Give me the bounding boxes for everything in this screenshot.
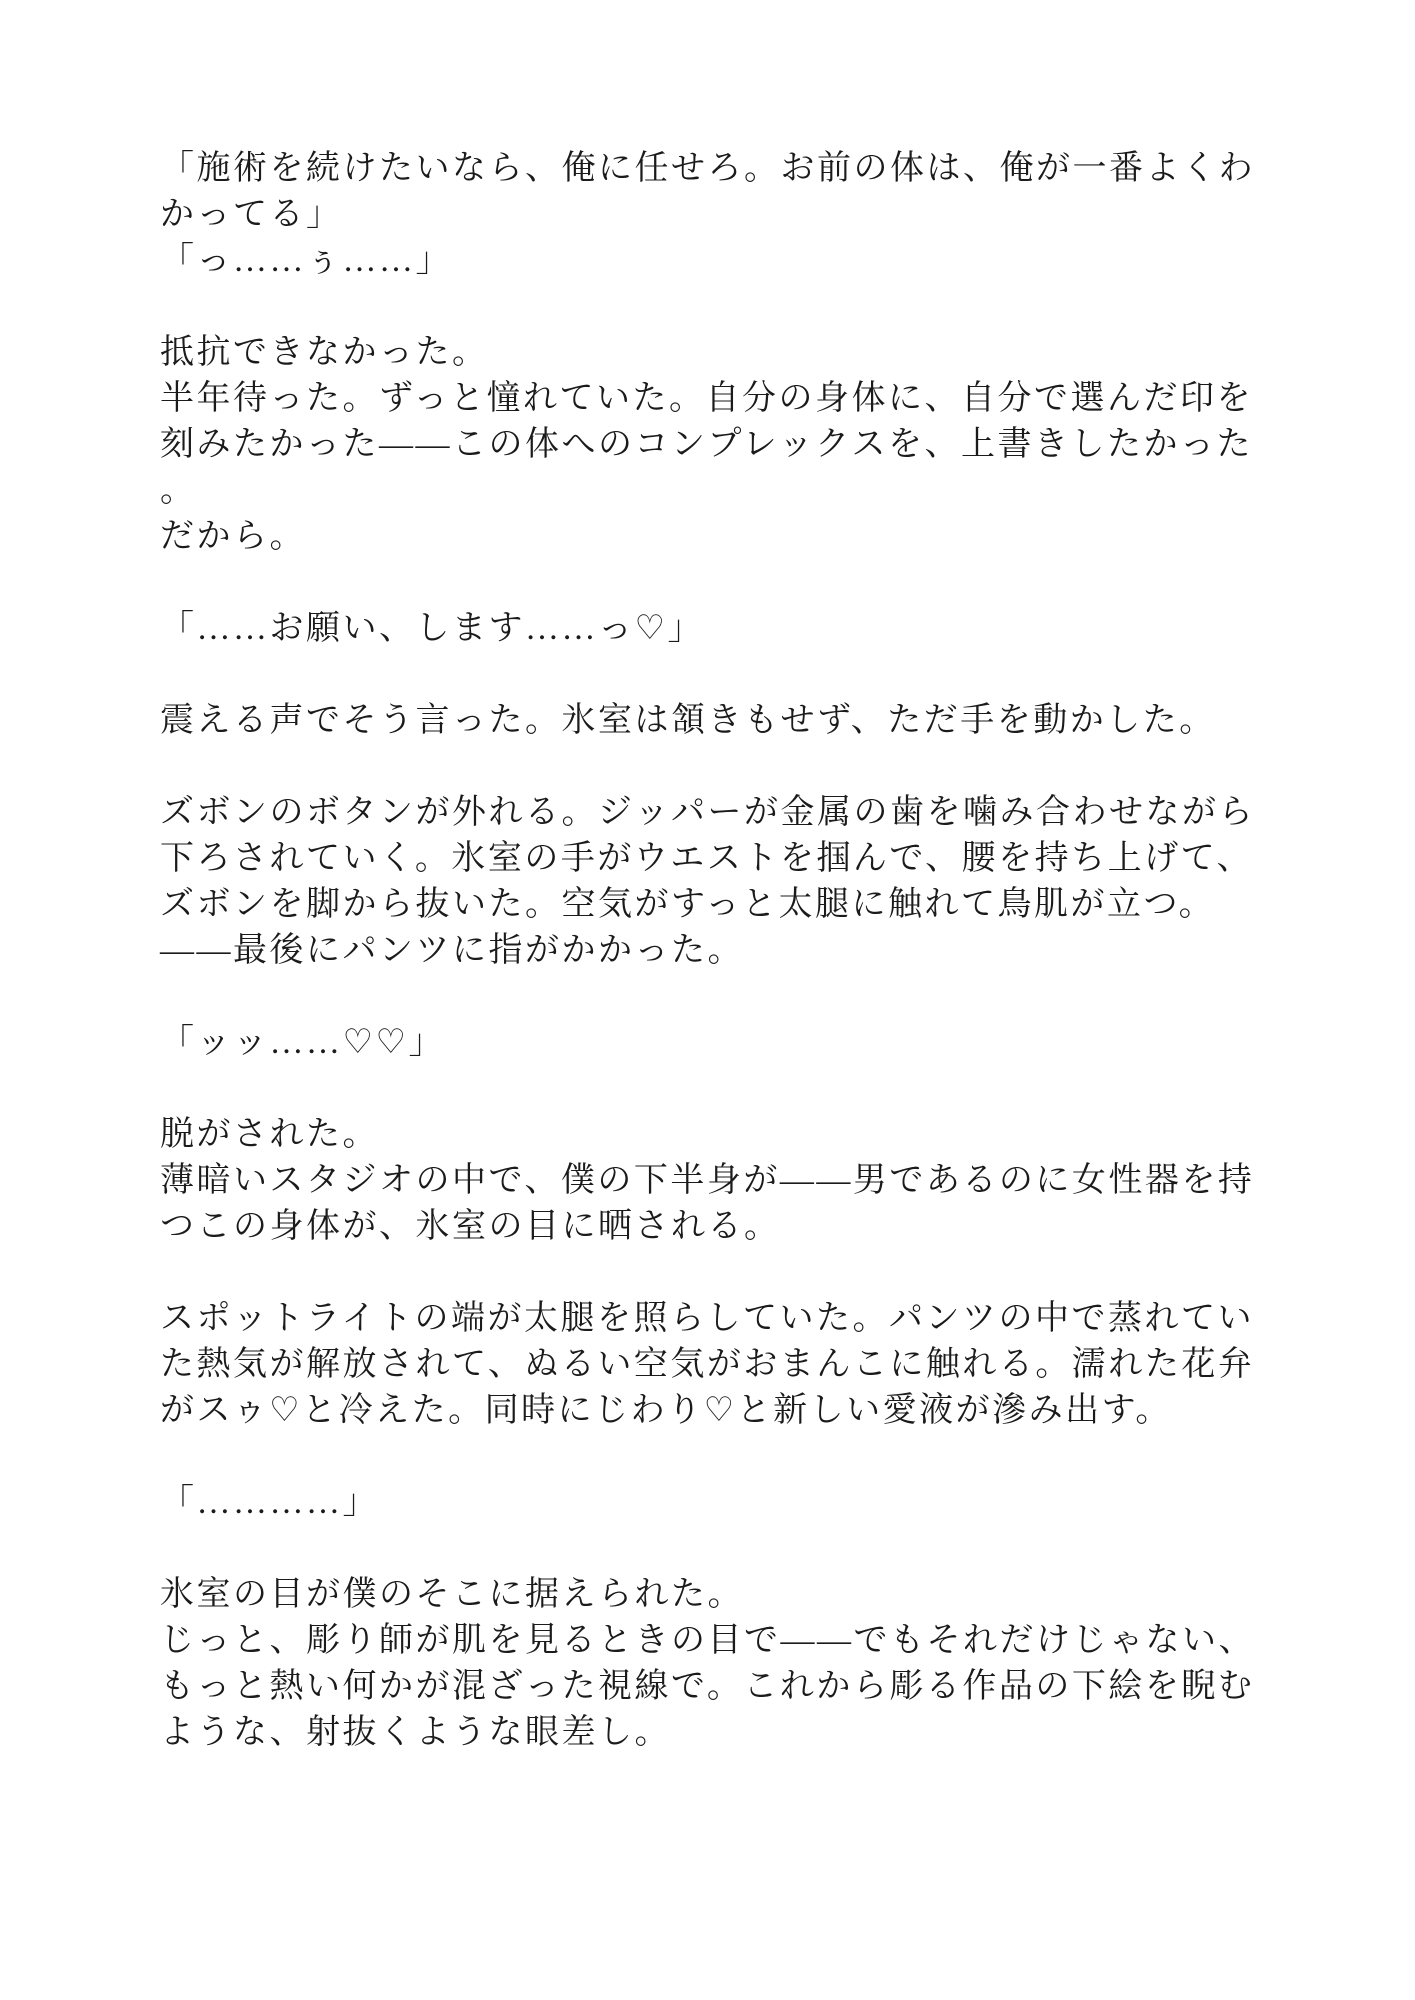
text-line: 「……お願い、します……っ♡」: [160, 606, 1270, 652]
text-line: 「っ……ぅ……」: [160, 238, 1270, 284]
paragraph: 脱がされた。 薄暗いスタジオの中で、僕の下半身が——男であるのに女性器を持 つこ…: [160, 1112, 1270, 1250]
text-line: 抵抗できなかった。: [160, 330, 1270, 376]
text-line: もっと熱い何かが混ざった視線で。これから彫る作品の下絵を睨む: [160, 1664, 1270, 1710]
text-line: 下ろされていく。氷室の手がウエストを掴んで、腰を持ち上げて、: [160, 836, 1270, 882]
paragraph: スポットライトの端が太腿を照らしていた。パンツの中で蒸れてい た熱気が解放されて…: [160, 1296, 1270, 1434]
paragraph: 抵抗できなかった。 半年待った。ずっと憧れていた。自分の身体に、自分で選んだ印を…: [160, 330, 1270, 560]
text-line: ズボンを脚から抜いた。空気がすっと太腿に触れて鳥肌が立つ。: [160, 882, 1270, 928]
text-line: 。: [160, 468, 1270, 514]
text-line: ズボンのボタンが外れる。ジッパーが金属の歯を噛み合わせながら: [160, 790, 1270, 836]
story-text: 「施術を続けたいなら、俺に任せろ。お前の体は、俺が一番よくわ かってる」 「っ……: [160, 146, 1270, 1756]
text-line: 「ッッ……♡♡」: [160, 1020, 1270, 1066]
text-line: 脱がされた。: [160, 1112, 1270, 1158]
text-line: じっと、彫り師が肌を見るときの目で——でもそれだけじゃない、: [160, 1618, 1270, 1664]
paragraph: 「……お願い、します……っ♡」: [160, 606, 1270, 652]
text-line: た熱気が解放されて、ぬるい空気がおまんこに触れる。濡れた花弁: [160, 1342, 1270, 1388]
text-line: ——最後にパンツに指がかかった。: [160, 928, 1270, 974]
paragraph: 震える声でそう言った。氷室は頷きもせず、ただ手を動かした。: [160, 698, 1270, 744]
paragraph: 「施術を続けたいなら、俺に任せろ。お前の体は、俺が一番よくわ かってる」 「っ……: [160, 146, 1270, 284]
text-line: 「施術を続けたいなら、俺に任せろ。お前の体は、俺が一番よくわ: [160, 146, 1270, 192]
text-line: がスゥ♡と冷えた。同時にじわり♡と新しい愛液が滲み出す。: [160, 1388, 1270, 1434]
text-line: 刻みたかった——この体へのコンプレックスを、上書きしたかった: [160, 422, 1270, 468]
text-line: スポットライトの端が太腿を照らしていた。パンツの中で蒸れてい: [160, 1296, 1270, 1342]
text-line: つこの身体が、氷室の目に晒される。: [160, 1204, 1270, 1250]
text-line: かってる」: [160, 192, 1270, 238]
text-line: 震える声でそう言った。氷室は頷きもせず、ただ手を動かした。: [160, 698, 1270, 744]
paragraph: 「…………」: [160, 1480, 1270, 1526]
paragraph: 「ッッ……♡♡」: [160, 1020, 1270, 1066]
text-line: 「…………」: [160, 1480, 1270, 1526]
text-line: 半年待った。ずっと憧れていた。自分の身体に、自分で選んだ印を: [160, 376, 1270, 422]
paragraph: 氷室の目が僕のそこに据えられた。 じっと、彫り師が肌を見るときの目で——でもそれ…: [160, 1572, 1270, 1756]
text-line: 薄暗いスタジオの中で、僕の下半身が——男であるのに女性器を持: [160, 1158, 1270, 1204]
text-line: 氷室の目が僕のそこに据えられた。: [160, 1572, 1270, 1618]
document-page: 「施術を続けたいなら、俺に任せろ。お前の体は、俺が一番よくわ かってる」 「っ……: [0, 0, 1415, 2000]
paragraph: ズボンのボタンが外れる。ジッパーが金属の歯を噛み合わせながら 下ろされていく。氷…: [160, 790, 1270, 974]
text-line: だから。: [160, 514, 1270, 560]
text-line: ような、射抜くような眼差し。: [160, 1710, 1270, 1756]
